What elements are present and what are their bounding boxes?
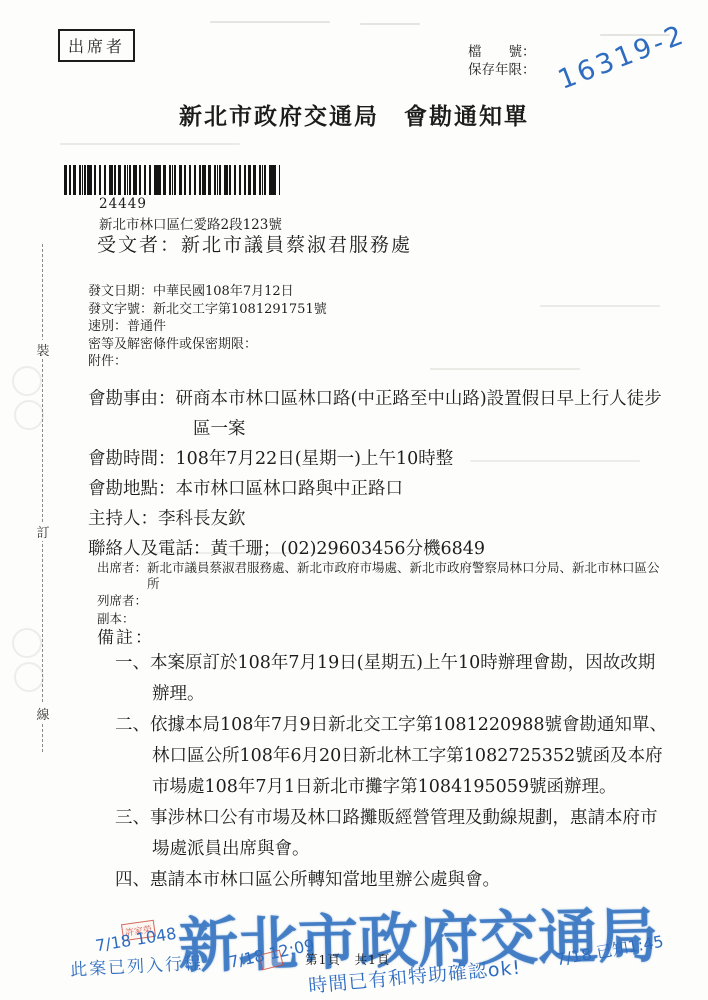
scanned-document-page: 裝 訂 線 出席者 檔 號： 保存年限： 16319-2 新北市政府交通局 會勘… xyxy=(0,0,708,1000)
speed-class: 速別：普通件 xyxy=(88,318,327,336)
survey-location: 會勘地點：本市林口區林口路與中正路口 xyxy=(88,474,663,504)
document-meta-block: 發文日期：中華民國108年7月12日 發文字號：新北交工字第1081291751… xyxy=(88,283,327,371)
survey-subject: 會勘事由：研商本市林口區林口路(中正路至中山路)設置假日早上行人徒步區一案 xyxy=(88,384,663,444)
file-number-block: 檔 號： 保存年限： xyxy=(468,43,536,79)
binding-mark-ding: 訂 xyxy=(33,522,53,541)
attendee-list: 出席者：新北市議員蔡淑君服務處、新北市政府市場處、新北市政府警察局林口分局、新北… xyxy=(97,560,662,591)
document-title: 新北市政府交通局 會勘通知單 xyxy=(0,98,708,131)
scan-artifact xyxy=(60,143,240,145)
remarks-label: 備註： xyxy=(97,623,154,648)
recipient-line: 受文者：新北市議員蔡淑君服務處 xyxy=(97,230,412,257)
remark-text: 事涉林口公有市場及林口路攤販經營管理及動線規劃，惠請本府市場處派員出席與會。 xyxy=(150,808,658,859)
scan-artifact xyxy=(430,368,580,370)
remark-text: 惠請本市林口區公所轉知當地里辦公處與會。 xyxy=(150,870,500,890)
mailing-barcode xyxy=(64,165,280,195)
observer-label: 列席者： xyxy=(97,593,662,609)
attendee-list-block: 出席者：新北市議員蔡淑君服務處、新北市政府市場處、新北市政府警察局林口分局、新北… xyxy=(97,560,662,626)
punch-hole xyxy=(14,662,44,692)
punch-hole xyxy=(12,628,42,658)
scan-artifact xyxy=(540,305,660,307)
remark-number: 一、 xyxy=(115,653,150,673)
survey-host: 主持人：李科長友欽 xyxy=(88,504,663,534)
survey-body-block: 會勘事由：研商本市林口區林口路(中正路至中山路)設置假日早上行人徒步區一案 會勘… xyxy=(88,384,663,564)
binding-mark-zhuang: 裝 xyxy=(33,340,53,359)
issue-date: 發文日期：中華民國108年7月12日 xyxy=(88,283,327,301)
remark-number: 四、 xyxy=(115,870,150,890)
survey-time: 會勘時間：108年7月22日(星期一)上午10時整 xyxy=(88,444,663,474)
remark-number: 二、 xyxy=(115,715,150,735)
attachment-line: 附件： xyxy=(88,353,327,371)
attendee-stamp-box: 出席者 xyxy=(58,29,135,62)
punch-hole xyxy=(12,366,42,396)
scan-artifact xyxy=(210,21,330,23)
remark-item-2: 二、依據本局108年7月9日新北交工字第1081220988號會勘通知單、林口區… xyxy=(115,710,667,803)
barcode-number: 24449 xyxy=(99,196,147,212)
remarks-list: 一、本案原訂於108年7月19日(星期五)上午10時辦理會勘，因故改期辦理。 二… xyxy=(115,648,667,896)
remark-item-3: 三、事涉林口公有市場及林口路攤販經營管理及動線規劃，惠請本府市場處派員出席與會。 xyxy=(115,803,667,865)
binding-dashed-line xyxy=(42,244,43,752)
doc-number: 發文字號：新北交工字第1081291751號 xyxy=(88,301,327,319)
remark-text: 依據本局108年7月9日新北交工字第1081220988號會勘通知單、林口區公所… xyxy=(150,715,667,797)
punch-hole xyxy=(14,400,44,430)
secrecy-line: 密等及解密條件或保密期限： xyxy=(88,336,327,354)
remark-number: 三、 xyxy=(115,808,150,828)
copy-label: 副本： xyxy=(97,611,662,627)
handwritten-file-number: 16319-2 xyxy=(554,19,690,96)
retention-period-label: 保存年限： xyxy=(468,61,536,79)
scan-artifact xyxy=(360,23,420,25)
remark-item-1: 一、本案原訂於108年7月19日(星期五)上午10時辦理會勘，因故改期辦理。 xyxy=(115,648,667,710)
file-number-label: 檔 號： xyxy=(468,43,536,61)
binding-mark-xian: 線 xyxy=(33,704,53,723)
remark-text: 本案原訂於108年7月19日(星期五)上午10時辦理會勘，因故改期辦理。 xyxy=(150,653,655,704)
